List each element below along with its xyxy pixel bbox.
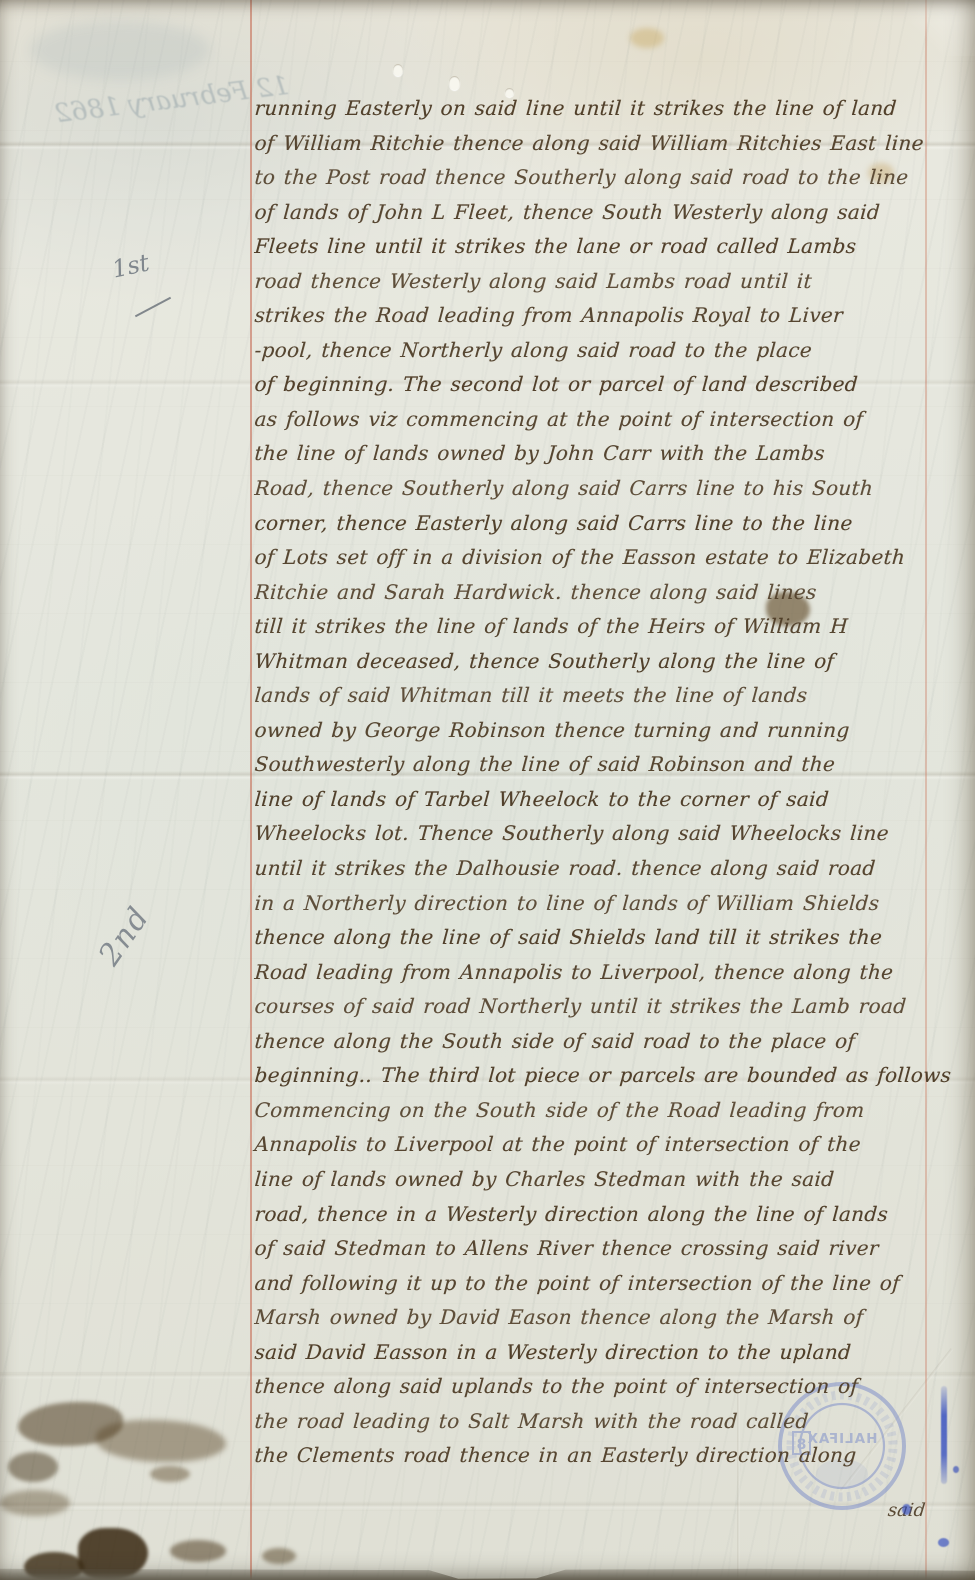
manuscript-line-25: thence along the line of said Shields la… (253, 925, 937, 960)
margin-annotation-lot1: 1st (109, 248, 151, 283)
manuscript-text-block: running Easterly on said line until it s… (253, 96, 935, 1478)
manuscript-line-1: running Easterly on said line until it s… (253, 96, 937, 131)
manuscript-line-18: lands of said Whitman till it meets the … (253, 683, 937, 718)
manuscript-line-19: owned by George Robinson thence turning … (253, 718, 937, 753)
ink-stain (8, 1452, 58, 1482)
pin-hole (393, 64, 403, 76)
manuscript-line-17: Whitman deceased, thence Southerly along… (253, 649, 937, 684)
manuscript-line-36: Marsh owned by David Eason thence along … (253, 1305, 937, 1340)
manuscript-line-24: in a Northerly direction to line of land… (253, 891, 937, 926)
manuscript-line-4: of lands of John L Fleet, thence South W… (253, 200, 937, 235)
torn-bottom-edge (0, 1564, 975, 1580)
blue-ink-dot (902, 1504, 911, 1515)
ink-stain (0, 1490, 70, 1516)
ink-stain (150, 1466, 190, 1482)
manuscript-line-11: the line of lands owned by John Carr wit… (253, 441, 937, 476)
manuscript-line-22: Wheelocks lot. Thence Southerly along sa… (253, 821, 937, 856)
manuscript-line-33: road, thence in a Westerly direction alo… (253, 1202, 937, 1237)
bleedthrough-smudge (30, 20, 210, 80)
ink-stain (78, 1528, 148, 1580)
ink-stain (96, 1420, 226, 1462)
manuscript-line-32: line of lands owned by Charles Stedman w… (253, 1167, 937, 1202)
manuscript-line-20: Southwesterly along the line of said Rob… (253, 752, 937, 787)
manuscript-line-7: strikes the Road leading from Annapolis … (253, 303, 937, 338)
manuscript-line-30: Commencing on the South side of the Road… (253, 1098, 937, 1133)
manuscript-line-2: of William Ritchie thence along said Wil… (253, 131, 937, 166)
blue-ink-streak (941, 1386, 947, 1484)
ink-stain (262, 1548, 296, 1564)
ink-stain (170, 1540, 226, 1562)
manuscript-line-3: to the Post road thence Southerly along … (253, 165, 937, 200)
manuscript-line-15: Ritchie and Sarah Hardwick. thence along… (253, 580, 937, 615)
manuscript-line-6: road thence Westerly along said Lambs ro… (253, 269, 937, 304)
manuscript-line-8: -pool, thence Northerly along said road … (253, 338, 937, 373)
manuscript-line-10: as follows viz commencing at the point o… (253, 407, 937, 442)
ink-stain (18, 1402, 123, 1446)
margin-annotation-underline (135, 297, 171, 318)
manuscript-line-14: of Lots set off in a division of the Eas… (253, 545, 937, 580)
pin-hole (449, 76, 460, 90)
manuscript-line-31: Annapolis to Liverpool at the point of i… (253, 1132, 937, 1167)
ink-stain (24, 1552, 84, 1580)
page-corner (905, 0, 975, 56)
manuscript-page: 12 February 1862 HALIFAX 8 running Easte… (0, 0, 975, 1580)
manuscript-line-34: of said Stedman to Allens River thence c… (253, 1236, 937, 1271)
manuscript-line-27: courses of said road Northerly until it … (253, 994, 937, 1029)
manuscript-line-35: and following it up to the point of inte… (253, 1271, 937, 1306)
blue-ink-dot (953, 1466, 959, 1473)
manuscript-line-29: beginning.. The third lot piece or parce… (253, 1063, 937, 1098)
manuscript-line-40: the Clements road thence in an Easterly … (253, 1443, 937, 1478)
manuscript-line-23: until it strikes the Dalhousie road. the… (253, 856, 937, 891)
manuscript-line-9: of beginning. The second lot or parcel o… (253, 372, 937, 407)
manuscript-line-21: line of lands of Tarbel Wheelock to the … (253, 787, 937, 822)
manuscript-line-28: thence along the South side of said road… (253, 1029, 937, 1064)
age-spot (630, 28, 664, 48)
manuscript-line-26: Road leading from Annapolis to Liverpool… (253, 960, 937, 995)
manuscript-line-12: Road, thence Southerly along said Carrs … (253, 476, 937, 511)
manuscript-line-37: said David Easson in a Westerly directio… (253, 1340, 937, 1375)
margin-annotation-lot2: 2nd (92, 900, 157, 972)
fold-crease (0, 1501, 975, 1510)
manuscript-line-38: thence along said uplands to the point o… (253, 1374, 937, 1409)
manuscript-line-39: the road leading to Salt Marsh with the … (253, 1409, 937, 1444)
blue-ink-dot (938, 1538, 949, 1547)
manuscript-line-13: corner, thence Easterly along said Carrs… (253, 511, 937, 546)
manuscript-line-5: Fleets line until it strikes the lane or… (253, 234, 937, 269)
left-margin-rule (250, 0, 252, 1580)
manuscript-line-16: till it strikes the line of lands of the… (253, 614, 937, 649)
